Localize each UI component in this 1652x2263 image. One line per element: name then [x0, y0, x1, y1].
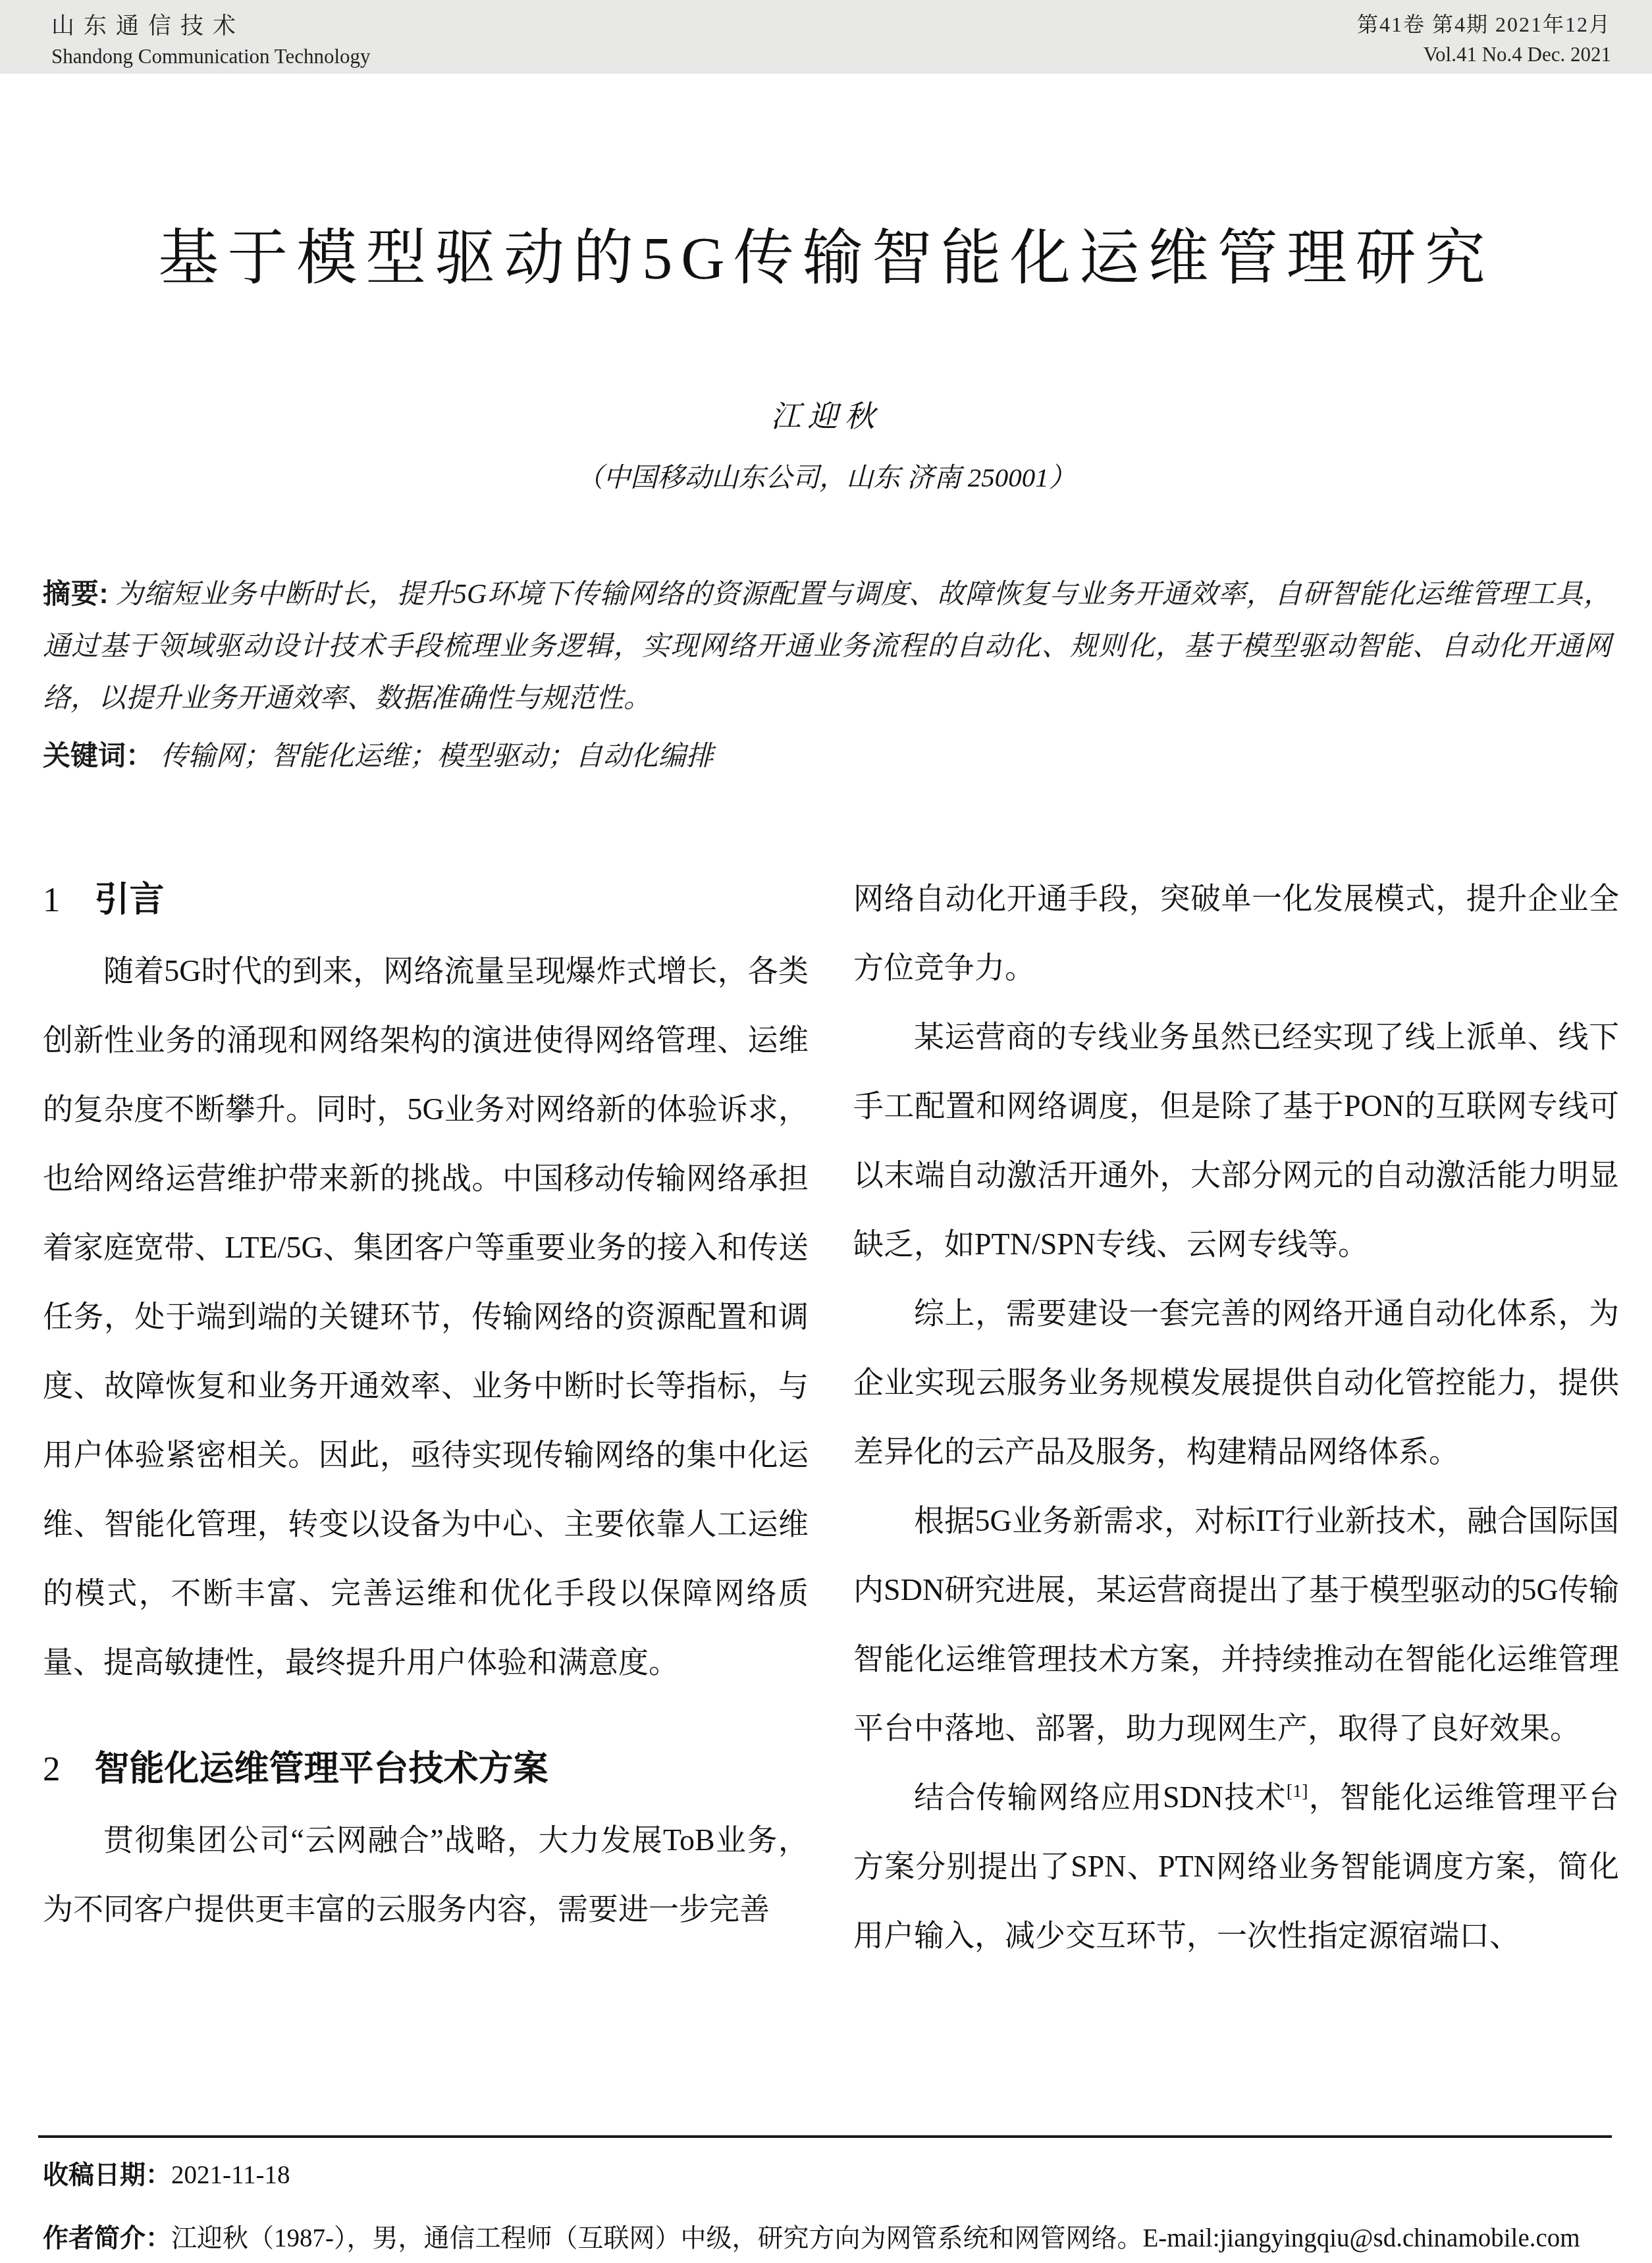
- paragraph-dedicated-line: 某运营商的专线业务虽然已经实现了线上派单、线下手工配置和网络调度，但是除了基于P…: [853, 1002, 1619, 1279]
- journal-issue-en: Vol.41 No.4 Dec. 2021: [1357, 43, 1611, 67]
- footnote-divider: [38, 2135, 1612, 2138]
- journal-name-en: Shandong Communication Technology: [51, 45, 371, 68]
- author-affiliation: （中国移动山东公司，山东 济南 250001）: [0, 456, 1652, 494]
- reference-1-marker: [1]: [1287, 1781, 1308, 1801]
- keywords-section: 关键词： 传输网；智能化运维；模型驱动；自动化编排: [43, 730, 1611, 783]
- section-1-title: 引言: [95, 880, 165, 919]
- right-column: 网络自动化开通手段，突破单一化发展模式，提升企业全方位竞争力。 某运营商的专线业…: [853, 864, 1619, 1970]
- section-1-number: 1: [43, 881, 61, 919]
- section-2-title: 智能化运维管理平台技术方案: [95, 1749, 548, 1788]
- left-column: 1引言 随着5G时代的到来，网络流量呈现爆炸式增长，各类创新性业务的涌现和网络架…: [43, 864, 809, 1970]
- paper-title: 基于模型驱动的5G传输智能化运维管理研究: [0, 209, 1652, 296]
- sdn-application-text-a: 结合传输网络应用SDN技术: [914, 1780, 1287, 1814]
- body-columns: 1引言 随着5G时代的到来，网络流量呈现爆炸式增长，各类创新性业务的涌现和网络架…: [43, 864, 1620, 1970]
- abstract-label: 摘要:: [43, 578, 108, 609]
- paragraph-strategy-continued: 网络自动化开通手段，突破单一化发展模式，提升企业全方位竞争力。: [853, 864, 1619, 1002]
- section-heading-2: 2智能化运维管理平台技术方案: [43, 1733, 809, 1805]
- author-bio-text: 江迎秋（1987-），男，通信工程师（互联网）中级，研究方向为网管系统和网管网络…: [171, 2224, 1580, 2252]
- paragraph-summary-need: 综上，需要建设一套完善的网络开通自动化体系，为企业实现云服务业务规模发展提供自动…: [853, 1279, 1619, 1486]
- journal-issue-block: 第41卷 第4期 2021年12月 Vol.41 No.4 Dec. 2021: [1357, 8, 1611, 67]
- paragraph-intro: 随着5G时代的到来，网络流量呈现爆炸式增长，各类创新性业务的涌现和网络架构的演进…: [43, 936, 809, 1697]
- paragraph-sdn-application: 结合传输网络应用SDN技术[1]，智能化运维管理平台方案分别提出了SPN、PTN…: [853, 1763, 1619, 1970]
- journal-name-block: 山东通信技术 Shandong Communication Technology: [51, 8, 371, 68]
- journal-issue-cn: 第41卷 第4期 2021年12月: [1357, 8, 1611, 38]
- paragraph-sdn-proposal: 根据5G业务新需求，对标IT行业新技术，融合国际国内SDN研究进展，某运营商提出…: [853, 1486, 1619, 1763]
- keywords-text: 传输网；智能化运维；模型驱动；自动化编排: [161, 741, 714, 772]
- author-name: 江迎秋: [0, 392, 1652, 436]
- received-date-label: 收稿日期：: [43, 2161, 171, 2189]
- paper-page: 山东通信技术 Shandong Communication Technology…: [0, 0, 1652, 2263]
- journal-header-band: 山东通信技术 Shandong Communication Technology…: [0, 0, 1652, 74]
- author-bio-label: 作者简介：: [43, 2224, 171, 2252]
- received-date-line: 收稿日期：2021-11-18: [43, 2154, 1611, 2191]
- keywords-label: 关键词：: [43, 740, 153, 771]
- paragraph-strategy: 贯彻集团公司“云网融合”战略，大力发展ToB业务，为不同客户提供更丰富的云服务内…: [43, 1805, 809, 1944]
- section-heading-1: 1引言: [43, 864, 809, 936]
- received-date-value: 2021-11-18: [171, 2161, 290, 2189]
- author-bio-line: 作者简介：江迎秋（1987-），男，通信工程师（互联网）中级，研究方向为网管系统…: [43, 2218, 1643, 2254]
- section-2-number: 2: [43, 1750, 61, 1788]
- abstract-section: 摘要: 为缩短业务中断时长，提升5G环境下传输网络的资源配置与调度、故障恢复与业…: [43, 568, 1611, 725]
- journal-name-cn: 山东通信技术: [51, 8, 371, 41]
- abstract-text: 为缩短业务中断时长，提升5G环境下传输网络的资源配置与调度、故障恢复与业务开通效…: [43, 579, 1611, 714]
